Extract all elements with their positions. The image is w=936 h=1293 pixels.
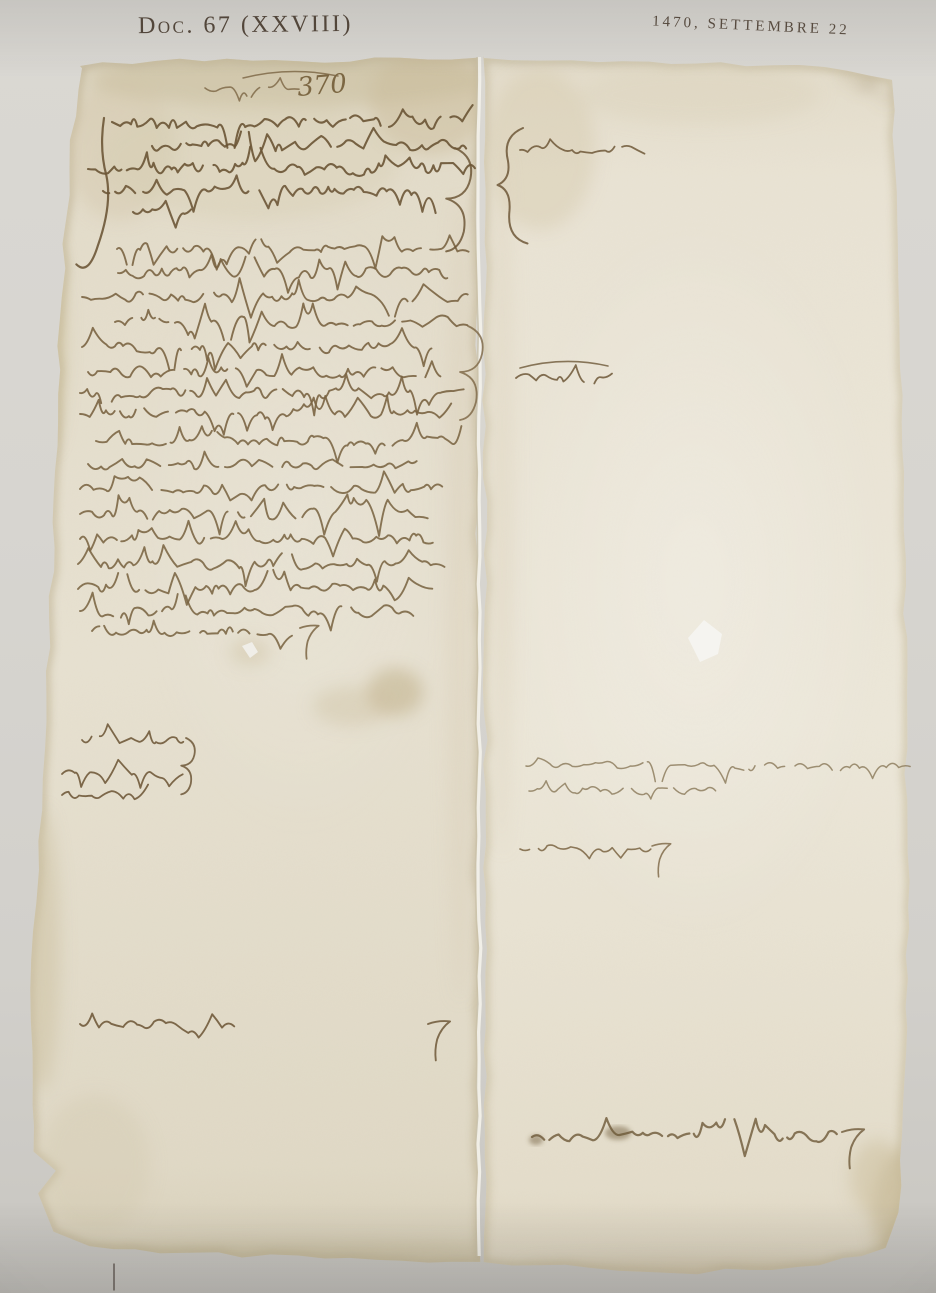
doc-number-heading: Doc. 67 (XXVIII)	[138, 11, 353, 40]
right-leaf-aging	[478, 40, 936, 1290]
left-leaf-aging	[20, 40, 540, 1280]
press-signature-mark: |	[111, 1260, 117, 1290]
folio-number: 370	[296, 69, 348, 103]
center-fold-crack	[478, 57, 481, 1256]
book-page-photo: 370 Doc. 67 (XXVIII) 1470, SETTEMBRE 22 …	[0, 0, 936, 1293]
ink-blot	[529, 1135, 543, 1145]
ink-blot	[605, 1126, 631, 1140]
manuscript-facsimile: 370	[0, 0, 936, 1293]
